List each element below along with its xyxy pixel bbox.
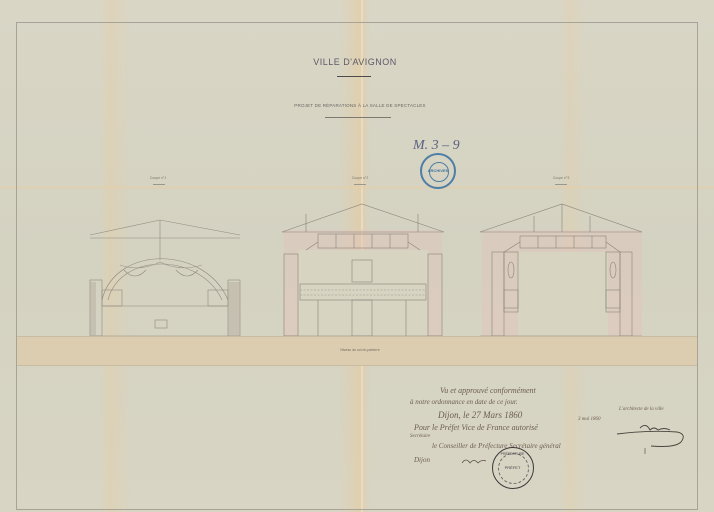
approval-line-4: Pour le Préfet Vice de France autorisé <box>414 423 538 432</box>
section-label-1: Coupe n°1 <box>138 176 178 180</box>
section-2-drawing <box>278 190 448 340</box>
section-label-3: Coupe n°3 <box>541 176 581 180</box>
section-3-drawing <box>478 190 648 340</box>
archival-reference: M. 3 – 9 <box>413 138 460 154</box>
prefecture-stamp-ring-text: PRÉFECTURE <box>493 452 532 456</box>
prefect-signature <box>460 456 488 466</box>
prefecture-stamp-label: PRÉFET <box>493 465 532 470</box>
approval-line-3: Dijon, le 27 Mars 1860 <box>438 410 522 420</box>
section-label-2-rule <box>354 184 366 185</box>
document-subtitle: PROJET DE RÉPARATIONS À LA SALLE DE SPEC… <box>270 103 450 108</box>
architectural-plan-sheet: VILLE D'AVIGNON PROJET DE RÉPARATIONS À … <box>0 0 714 512</box>
subtitle-underline <box>325 117 391 118</box>
section-1-drawing <box>80 190 250 340</box>
architect-signature <box>615 420 695 454</box>
approval-line-1: Vu et approuvé conformément <box>440 386 536 395</box>
archives-stamp: ARCHIVES <box>420 153 456 189</box>
prefecture-stamp: PRÉFECTURE PRÉFET <box>492 447 534 489</box>
section-label-3-rule <box>555 184 567 185</box>
approval-line-6: Dijon <box>414 456 430 464</box>
approval-line-2: à notre ordonnance en date de ce jour. <box>410 398 518 406</box>
section-label-2: Coupe n°2 <box>340 176 380 180</box>
document-title: VILLE D'AVIGNON <box>300 57 410 67</box>
approval-note-secretaire: Secrétaire <box>410 434 430 439</box>
approval-line-5: le Conseiller de Préfecture Secrétaire g… <box>432 442 561 450</box>
date-side-note: 3 mai 1860 <box>578 417 601 422</box>
archives-stamp-label: ARCHIVES <box>422 168 454 173</box>
ground-level-label: Niveau du sol du parterre <box>330 348 390 352</box>
section-label-1-rule <box>153 184 165 185</box>
title-underline <box>337 76 371 77</box>
architect-note: L'architecte de la ville <box>619 407 664 412</box>
